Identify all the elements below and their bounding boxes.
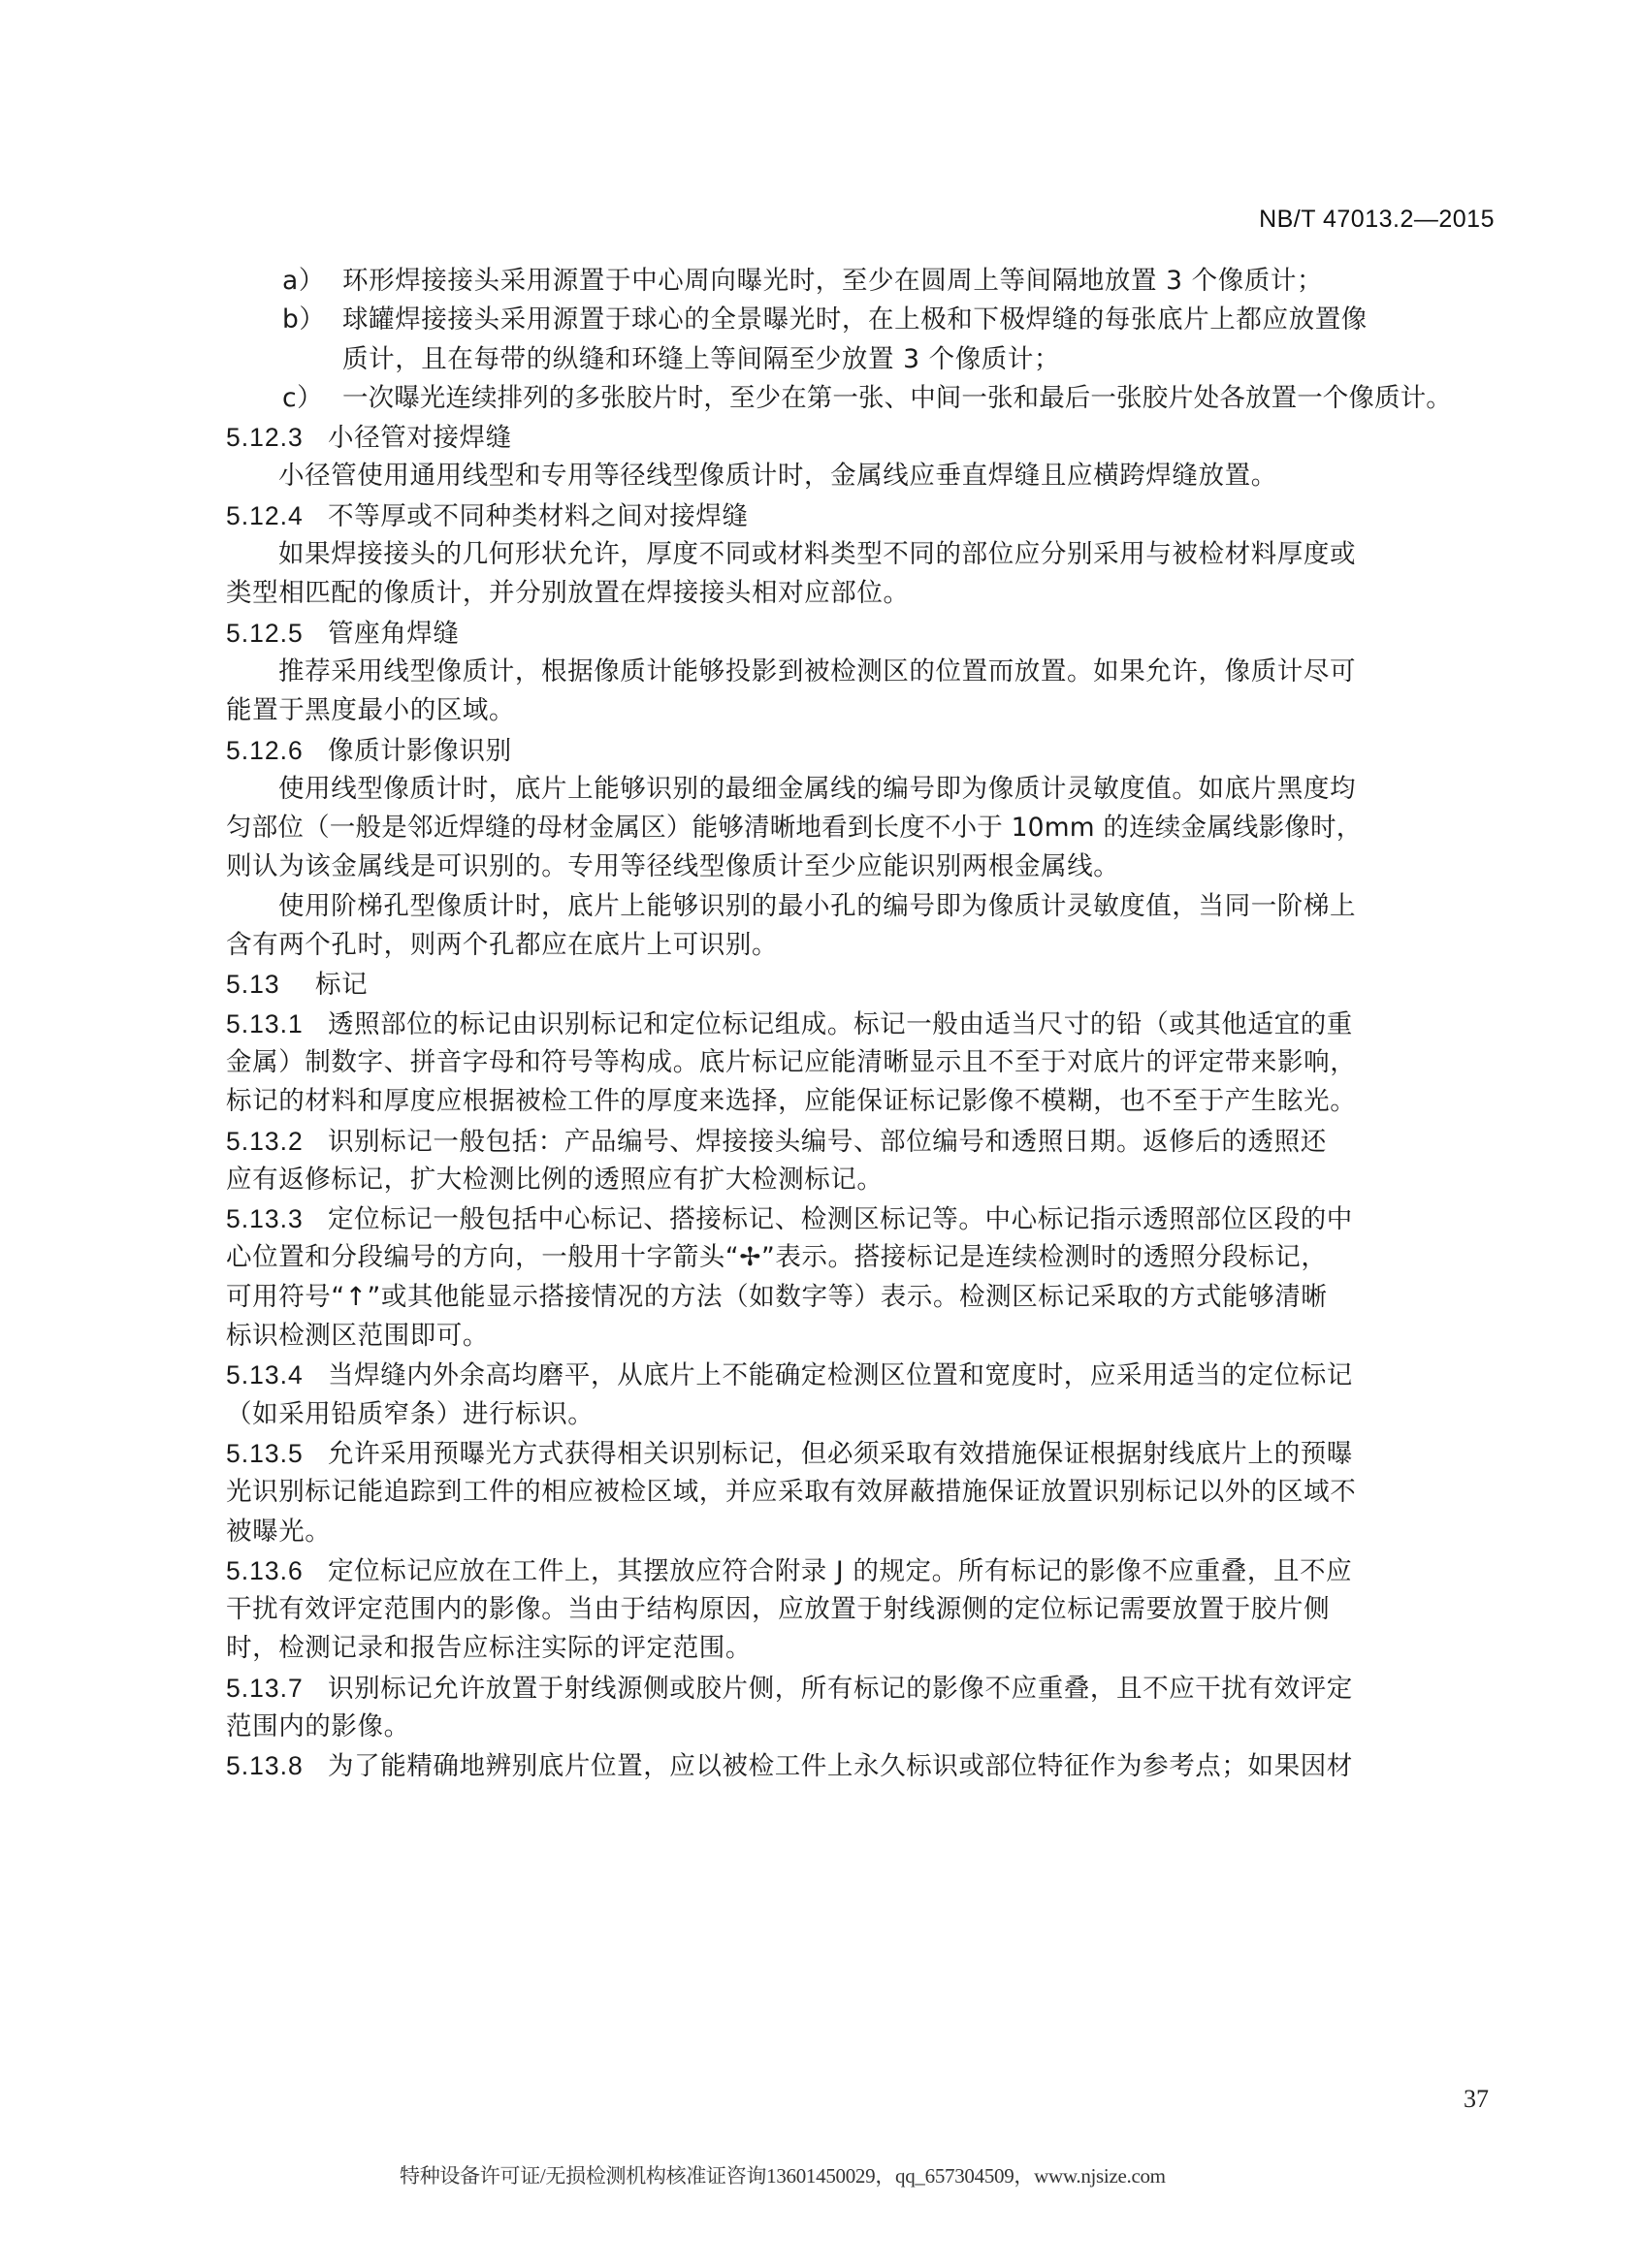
section-number: 5.13 [226,965,315,1004]
clause-line: 心位置和分段编号的方向，一般用十字箭头“✢”表示。搭接标记是连续检测时的透照分段… [226,1238,1492,1277]
clause-number: 5.13.6 [226,1551,328,1590]
clause-line: 5.13.4当焊缝内外余高均磨平，从底片上不能确定检测区位置和宽度时，应采用适当… [226,1356,1492,1394]
clause-line: 应有返修标记，扩大检测比例的透照应有扩大检测标记。 [226,1161,1492,1199]
section-number: 5.12.5 [226,614,328,653]
section-heading: 5.13标记 [226,965,1492,1004]
list-line: 质计，且在每带的纵缝和环缝上等间隔至少放置 3 个像质计； [342,340,1492,379]
section-heading: 5.12.3小径管对接焊缝 [226,418,1492,457]
clause-number: 5.13.3 [226,1199,328,1238]
paragraph-line: 如果焊接接头的几何形状允许，厚度不同或材料类型不同的部位应分别采用与被检材料厚度… [226,535,1492,574]
clause-line: 金属）制数字、拼音字母和符号等构成。底片标记应能清晰显示且不至于对底片的评定带来… [226,1043,1492,1082]
clause-number: 5.13.8 [226,1746,328,1785]
section-number: 5.12.4 [226,496,328,535]
clause-5-13-8: 5.13.8为了能精确地辨别底片位置，应以被检工件上永久标识或部位特征作为参考点… [226,1746,1492,1785]
list-item-b: b） 球罐焊接接头采用源置于球心的全景曝光时，在上极和下极焊缝的每张底片上都应放… [226,301,1492,379]
clause-line: 5.13.2识别标记一般包括：产品编号、焊接接头编号、部位编号和透照日期。返修后… [226,1122,1492,1161]
clause-5-13-3: 5.13.3定位标记一般包括中心标记、搭接标记、检测区标记等。中心标记指示透照部… [226,1199,1492,1356]
list-label: a） [282,262,325,301]
clause-line: 范围内的影像。 [226,1708,1492,1746]
clause-5-13-7: 5.13.7识别标记允许放置于射线源侧或胶片侧，所有标记的影像不应重叠，且不应干… [226,1669,1492,1747]
clause-5-13-4: 5.13.4当焊缝内外余高均磨平，从底片上不能确定检测区位置和宽度时，应采用适当… [226,1356,1492,1434]
ordered-list: a） 环形焊接接头采用源置于中心周向曝光时，至少在圆周上等间隔地放置 3 个像质… [226,262,1492,418]
clause-line: 光识别标记能追踪到工件的相应被检区域，并应采取有效屏蔽措施保证放置识别标记以外的… [226,1473,1492,1512]
clause-line: 标识检测区范围即可。 [226,1317,1492,1356]
standard-code-header: NB/T 47013.2—2015 [1259,206,1495,234]
clause-line: 5.13.8为了能精确地辨别底片位置，应以被检工件上永久标识或部位特征作为参考点… [226,1746,1492,1785]
clause-line: 可用符号“↑”或其他能显示搭接情况的方法（如数字等）表示。检测区标记采取的方式能… [226,1278,1492,1317]
clause-5-13-5: 5.13.5允许采用预曝光方式获得相关识别标记，但必须采取有效措施保证根据射线底… [226,1434,1492,1551]
section-heading: 5.12.4不等厚或不同种类材料之间对接焊缝 [226,496,1492,535]
section-5-12-5: 5.12.5管座角焊缝 推荐采用线型像质计，根据像质计能够投影到被检测区的位置而… [226,614,1492,731]
paragraph-line: 含有两个孔时，则两个孔都应在底片上可识别。 [226,926,1492,965]
clause-number: 5.13.5 [226,1434,328,1473]
clause-5-13-6: 5.13.6定位标记应放在工件上，其摆放应符合附录 J 的规定。所有标记的影像不… [226,1551,1492,1669]
clause-line: 5.13.6定位标记应放在工件上，其摆放应符合附录 J 的规定。所有标记的影像不… [226,1551,1492,1590]
section-5-12-3: 5.12.3小径管对接焊缝 小径管使用通用线型和专用等径线型像质计时，金属线应垂… [226,418,1492,496]
paragraph-line: 使用线型像质计时，底片上能够识别的最细金属线的编号即为像质计灵敏度值。如底片黑度… [226,770,1492,809]
list-line: 环形焊接接头采用源置于中心周向曝光时，至少在圆周上等间隔地放置 3 个像质计； [342,262,1492,301]
clause-line: 5.13.7识别标记允许放置于射线源侧或胶片侧，所有标记的影像不应重叠，且不应干… [226,1669,1492,1708]
section-title: 管座角焊缝 [328,619,460,649]
section-title: 不等厚或不同种类材料之间对接焊缝 [328,501,749,531]
section-heading: 5.12.6像质计影像识别 [226,731,1492,770]
watermark-footer: 特种设备许可证/无损检测机构核准证咨询13601450029，qq_657304… [400,2160,1166,2189]
paragraph-line: 类型相匹配的像质计，并分别放置在焊接接头相对应部位。 [226,574,1492,613]
paragraph-line: 推荐采用线型像质计，根据像质计能够投影到被检测区的位置而放置。如果允许，像质计尽… [226,653,1492,691]
list-item-c: c） 一次曝光连续排列的多张胶片时，至少在第一张、中间一张和最后一张胶片处各放置… [226,379,1492,418]
clause-5-13-1: 5.13.1透照部位的标记由识别标记和定位标记组成。标记一般由适当尺寸的铅（或其… [226,1005,1492,1122]
clause-number: 5.13.7 [226,1669,328,1708]
paragraph-line: 能置于黑度最小的区域。 [226,691,1492,730]
list-label: c） [282,379,323,418]
paragraph-line: 匀部位（一般是邻近焊缝的母材金属区）能够清晰地看到长度不小于 10mm 的连续金… [226,809,1492,847]
document-page: NB/T 47013.2—2015 a） 环形焊接接头采用源置于中心周向曝光时，… [0,0,1642,2268]
list-line: 一次曝光连续排列的多张胶片时，至少在第一张、中间一张和最后一张胶片处各放置一个像… [342,379,1492,418]
clause-number: 5.13.4 [226,1356,328,1394]
section-5-12-6: 5.12.6像质计影像识别 使用线型像质计时，底片上能够识别的最细金属线的编号即… [226,731,1492,966]
clause-number: 5.13.2 [226,1122,328,1161]
clause-line: 5.13.3定位标记一般包括中心标记、搭接标记、检测区标记等。中心标记指示透照部… [226,1199,1492,1238]
list-line: 球罐焊接接头采用源置于球心的全景曝光时，在上极和下极焊缝的每张底片上都应放置像 [342,301,1492,339]
section-title: 像质计影像识别 [328,736,512,766]
clause-line: 干扰有效评定范围内的影像。当由于结构原因，应放置于射线源侧的定位标记需要放置于胶… [226,1590,1492,1629]
section-5-13: 5.13标记 [226,965,1492,1004]
section-number: 5.12.6 [226,731,328,770]
clause-line: （如采用铅质窄条）进行标识。 [226,1395,1492,1434]
section-5-12-4: 5.12.4不等厚或不同种类材料之间对接焊缝 如果焊接接头的几何形状允许，厚度不… [226,496,1492,614]
clause-number: 5.13.1 [226,1005,328,1043]
document-body: a） 环形焊接接头采用源置于中心周向曝光时，至少在圆周上等间隔地放置 3 个像质… [226,262,1492,1786]
section-number: 5.12.3 [226,418,328,457]
section-title: 标记 [315,970,368,1000]
paragraph-line: 则认为该金属线是可识别的。专用等径线型像质计至少应能识别两根金属线。 [226,847,1492,886]
page-number: 37 [1464,2085,1489,2114]
section-title: 小径管对接焊缝 [328,423,512,453]
clause-5-13-2: 5.13.2识别标记一般包括：产品编号、焊接接头编号、部位编号和透照日期。返修后… [226,1122,1492,1200]
list-item-a: a） 环形焊接接头采用源置于中心周向曝光时，至少在圆周上等间隔地放置 3 个像质… [226,262,1492,301]
section-heading: 5.12.5管座角焊缝 [226,614,1492,653]
clause-line: 时，检测记录和报告应标注实际的评定范围。 [226,1629,1492,1668]
clause-line: 标记的材料和厚度应根据被检工件的厚度来选择，应能保证标记影像不模糊，也不至于产生… [226,1082,1492,1121]
clause-line: 5.13.5允许采用预曝光方式获得相关识别标记，但必须采取有效措施保证根据射线底… [226,1434,1492,1473]
clause-line: 5.13.1透照部位的标记由识别标记和定位标记组成。标记一般由适当尺寸的铅（或其… [226,1005,1492,1043]
paragraph-line: 小径管使用通用线型和专用等径线型像质计时，金属线应垂直焊缝且应横跨焊缝放置。 [226,457,1492,495]
clause-line: 被曝光。 [226,1513,1492,1551]
list-label: b） [282,301,326,339]
paragraph-line: 使用阶梯孔型像质计时，底片上能够识别的最小孔的编号即为像质计灵敏度值，当同一阶梯… [226,887,1492,926]
